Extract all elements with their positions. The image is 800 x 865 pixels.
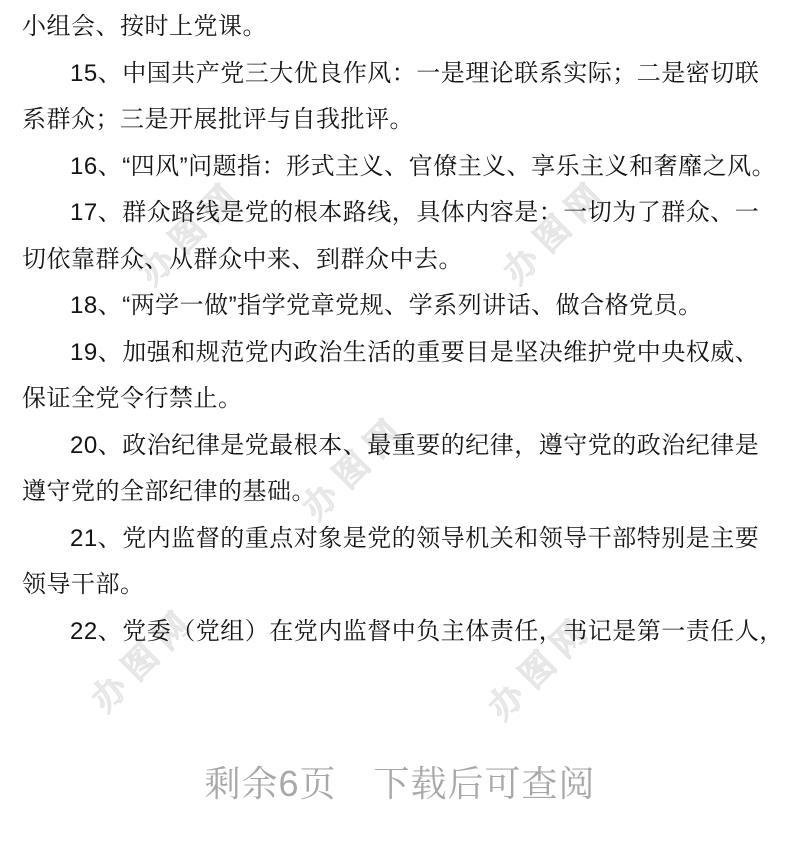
text-line: 小组会、按时上党课。 [0,4,800,51]
text-line: 系群众；三是开展批评与自我批评。 [0,97,800,144]
text-line: 19、加强和规范党内政治生活的重要目是坚决维护党中央权威、 [0,330,800,377]
remaining-pages-notice: 剩余6页 下载后可查阅 [0,762,800,806]
text-line: 20、政治纪律是党最根本、最重要的纪律，遵守党的政治纪律是 [0,423,800,470]
body-text: 小组会、按时上党课。15、中国共产党三大优良作风：一是理论联系实际；二是密切联系… [0,4,800,655]
text-line: 17、群众路线是党的根本路线，具体内容是：一切为了群众、一 [0,190,800,237]
text-line: 22、党委（党组）在党内监督中负主体责任，书记是第一责任人， [0,609,800,656]
text-line: 保证全党令行禁止。 [0,376,800,423]
text-line: 21、党内监督的重点对象是党的领导机关和领导干部特别是主要 [0,516,800,563]
text-line: 16、“四风”问题指：形式主义、官僚主义、享乐主义和奢靡之风。 [0,144,800,191]
document-page: 办图网办图网办图网办图网办图网 小组会、按时上党课。15、中国共产党三大优良作风… [0,0,800,865]
text-line: 切依靠群众、从群众中来、到群众中去。 [0,237,800,284]
text-line: 18、“两学一做”指学党章党规、学系列讲话、做合格党员。 [0,283,800,330]
text-line: 领导干部。 [0,562,800,609]
text-line: 遵守党的全部纪律的基础。 [0,469,800,516]
text-line: 15、中国共产党三大优良作风：一是理论联系实际；二是密切联 [0,51,800,98]
